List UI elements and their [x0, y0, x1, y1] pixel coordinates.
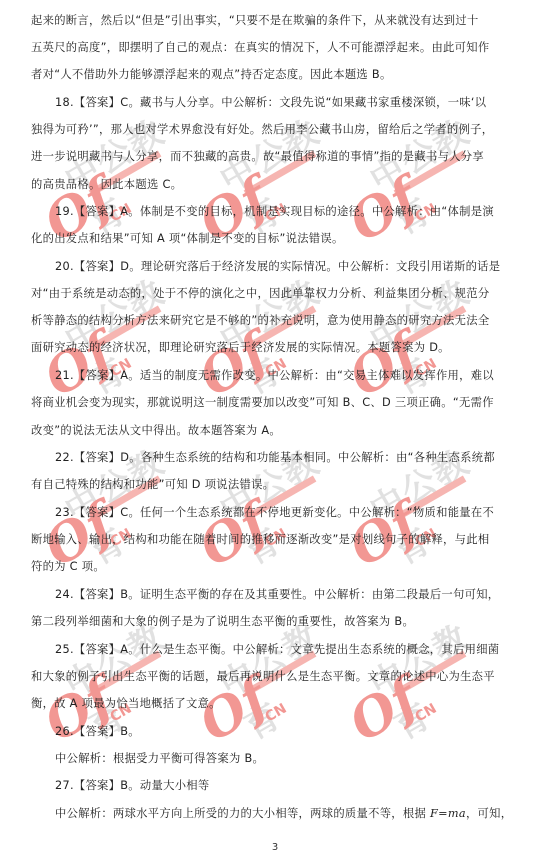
text-segment: ，可知， — [466, 807, 512, 820]
text-line: 独得为可矜’”，那人也对学术界愈没有好处。然后用李公藏书山房，留给后之学者的例子… — [31, 123, 493, 137]
answer-21-heading: 21.【答案】A。适当的制度无需作改变。中公解析：由“交易主体难以发挥作用，难以 — [55, 369, 494, 383]
text-line: 衡，故 A 项最为恰当地概括了文意。 — [31, 697, 221, 711]
answer-19-heading: 19.【答案】A。体制是不变的目标，机制是实现目标的途径。中公解析：由“体制是演 — [55, 205, 494, 219]
text-line: 化的出发点和结果”可知 A 项“体制是不变的目标”说法错误。 — [31, 232, 344, 246]
text-line: 对“由于系统是动态的，处于不停的演化之中，因此单靠权力分析、利益集团分析、规范分 — [31, 287, 489, 301]
text-line: 断地输入、输出，结构和功能在随着时间的推移而逐渐改变”是对划线句子的解释，与此相 — [31, 533, 489, 547]
text-line: 中公解析：两球水平方向上所受的力的大小相等，两球的质量不等，根据 F=ma，可知… — [55, 807, 512, 821]
answer-26-heading: 26.【答案】B。 — [55, 725, 140, 739]
answer-20-heading: 20.【答案】D。理论研究落后于经济发展的实际情况。中公解析：文段引用诺斯的话是 — [55, 260, 500, 274]
text-line: 析等静态的结构分析方法来研究它是不够的”的补充说明，意为使用静态的研究方法无法全 — [31, 314, 489, 328]
document-page: 中公教育 Of CN 中公教育 Of CN 中公教育 Of CN 中公教育 Of… — [0, 0, 550, 859]
text-line: 面研究动态的经济状况，即理论研究落后于经济发展的实际情况。本题答案为 D。 — [31, 341, 450, 355]
text-line: 者对“人不借助外力能够漂浮起来的观点”持否定态度。因此本题选 B。 — [31, 68, 392, 82]
text-line: 起来的断言，然后以“但是”引出事实，“只要不是在欺骗的条件下，从来就没有达到过十 — [31, 14, 479, 28]
text-line: 将商业机会变为现实，那就说明这一制度需要加以改变”可知 B、C、D 三项正确。“… — [31, 396, 494, 410]
text-line: 五英尺的高度”，即摆明了自己的观点：在真实的情况下，人不可能漂浮起来。由此可知作 — [31, 41, 489, 55]
text-line: 的高贵品格。因此本题选 C。 — [31, 178, 182, 192]
text-line: 符的为 C 项。 — [31, 560, 105, 574]
answer-18-heading: 18.【答案】C。藏书与人分享。中公解析：文段先说“如果藏书家重楼深锁，一味‘以 — [55, 96, 486, 110]
text-segment: 中公解析：两球水平方向上所受的力的大小相等，两球的质量不等，根据 — [55, 807, 430, 820]
text-line: 第二段列举细菌和大象的例子是为了说明生态平衡的重要性，故答案为 B。 — [31, 615, 414, 629]
answer-22-heading: 22.【答案】D。各种生态系统的结构和功能基本相同。中公解析：由“各种生态系统都 — [55, 451, 495, 465]
answer-25-heading: 25.【答案】A。什么是生态平衡。中公解析：文章先提出生态系统的概念，其后用细菌 — [55, 643, 499, 657]
answer-24-heading: 24.【答案】B。证明生态平衡的存在及其重要性。中公解析：由第二段最后一句可知， — [55, 588, 499, 602]
text-line: 和大象的例子引出生态平衡的话题，最后再说明什么是生态平衡。文章的论述中心为生态平 — [31, 670, 495, 684]
text-line: 中公解析：根据受力平衡可得答案为 B。 — [55, 752, 264, 766]
document-body: 起来的断言，然后以“但是”引出事实，“只要不是在欺骗的条件下，从来就没有达到过十… — [0, 0, 550, 830]
text-line: 有自己特殊的结构和功能”可知 D 项说法错误。 — [31, 478, 274, 492]
text-line: 进一步说明藏书与人分享，而不独藏的高贵。故“最值得称道的事情”指的是藏书与人分享 — [31, 150, 484, 164]
answer-27-heading: 27.【答案】B。动量大小相等 — [55, 779, 209, 793]
formula: F=ma — [430, 807, 466, 820]
answer-23-heading: 23.【答案】C。任何一个生态系统都在不停地更新变化。中公解析：“物质和能量在不 — [55, 506, 494, 520]
text-line: 改变”的说法无法从文中得出。故本题答案为 A。 — [31, 424, 281, 438]
page-number: 3 — [0, 842, 550, 853]
